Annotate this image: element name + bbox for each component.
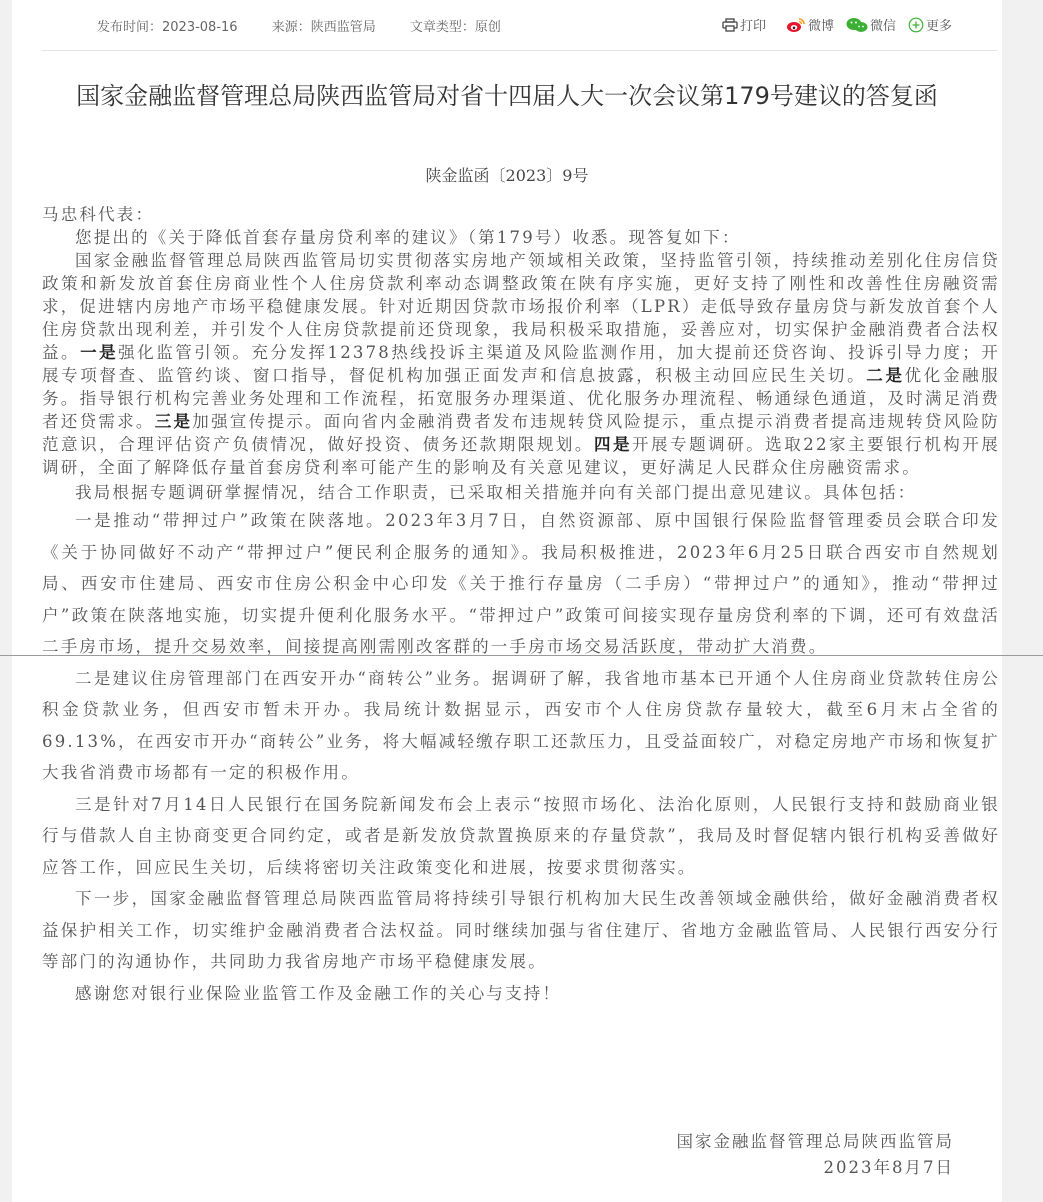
more-share-button[interactable]: 更多: [908, 15, 952, 34]
document-number: 陕金监函〔2023〕9号: [12, 163, 1002, 186]
signature-date: 2023年8月7日: [677, 1155, 955, 1181]
article-page: 发布时间：2023-08-16 来源：陕西监管局 文章类型：原创 打印 微博: [12, 0, 1002, 1202]
divider: [0, 655, 1043, 656]
article-source: 来源：陕西监管局: [272, 20, 376, 35]
plus-circle-icon: [908, 17, 924, 33]
paragraph: 二是建议住房管理部门在西安开办“商转公”业务。据调研了解，我省地市基本已开通个人…: [42, 663, 1000, 789]
share-toolbar: 打印 微博 微信 更多: [722, 15, 952, 34]
paragraph: 三是针对7月14日人民银行在国务院新闻发布会上表示“按照市场化、法治化原则，人民…: [42, 789, 1000, 884]
salutation: 马忠科代表：: [42, 203, 1000, 226]
paragraph: 国家金融监督管理总局陕西监管局切实贯彻落实房地产领域相关政策，坚持监管引领，持续…: [42, 249, 1000, 479]
weibo-share-button[interactable]: 微博: [786, 15, 834, 34]
publish-date: 发布时间：2023-08-16: [97, 20, 238, 35]
paragraph: 下一步，国家金融监督管理总局陕西监管局将持续引导银行机构加大民生改善领域金融供给…: [42, 883, 1000, 978]
paragraph: 我局根据专题调研掌握情况，结合工作职责，已采取相关措施并向有关部门提出意见建议。…: [42, 481, 1000, 504]
article-type: 文章类型：原创: [410, 20, 501, 35]
paragraph: 一是推动“带押过户”政策在陕落地。2023年3月7日，自然资源部、原中国银行保险…: [42, 505, 1000, 663]
paragraph: 您提出的《关于降低首套存量房贷利率的建议》（第179号）收悉。现答复如下：: [42, 226, 1000, 249]
signature-block: 国家金融监督管理总局陕西监管局 2023年8月7日: [677, 1129, 955, 1181]
article-body: 马忠科代表： 您提出的《关于降低首套存量房贷利率的建议》（第179号）收悉。现答…: [42, 203, 1000, 1009]
article-meta-bar: 发布时间：2023-08-16 来源：陕西监管局 文章类型：原创 打印 微博: [42, 0, 997, 51]
bold-marker: 四是: [594, 435, 632, 454]
signature-organization: 国家金融监督管理总局陕西监管局: [677, 1129, 955, 1155]
article-title: 国家金融监督管理总局陕西监管局对省十四届人大一次会议第179号建议的答复函: [12, 76, 1002, 111]
wechat-icon: [846, 17, 868, 33]
paragraph: 感谢您对银行业保险业监管工作及金融工作的关心与支持！: [42, 978, 1000, 1010]
bold-marker: 二是: [866, 366, 904, 385]
print-button[interactable]: 打印: [722, 15, 766, 34]
printer-icon: [722, 18, 738, 32]
wechat-share-button[interactable]: 微信: [846, 15, 896, 34]
weibo-icon: [786, 17, 806, 33]
bold-marker: 三是: [155, 412, 193, 431]
article-meta: 发布时间：2023-08-16 来源：陕西监管局 文章类型：原创: [97, 16, 531, 35]
bold-marker: 一是: [80, 343, 118, 362]
